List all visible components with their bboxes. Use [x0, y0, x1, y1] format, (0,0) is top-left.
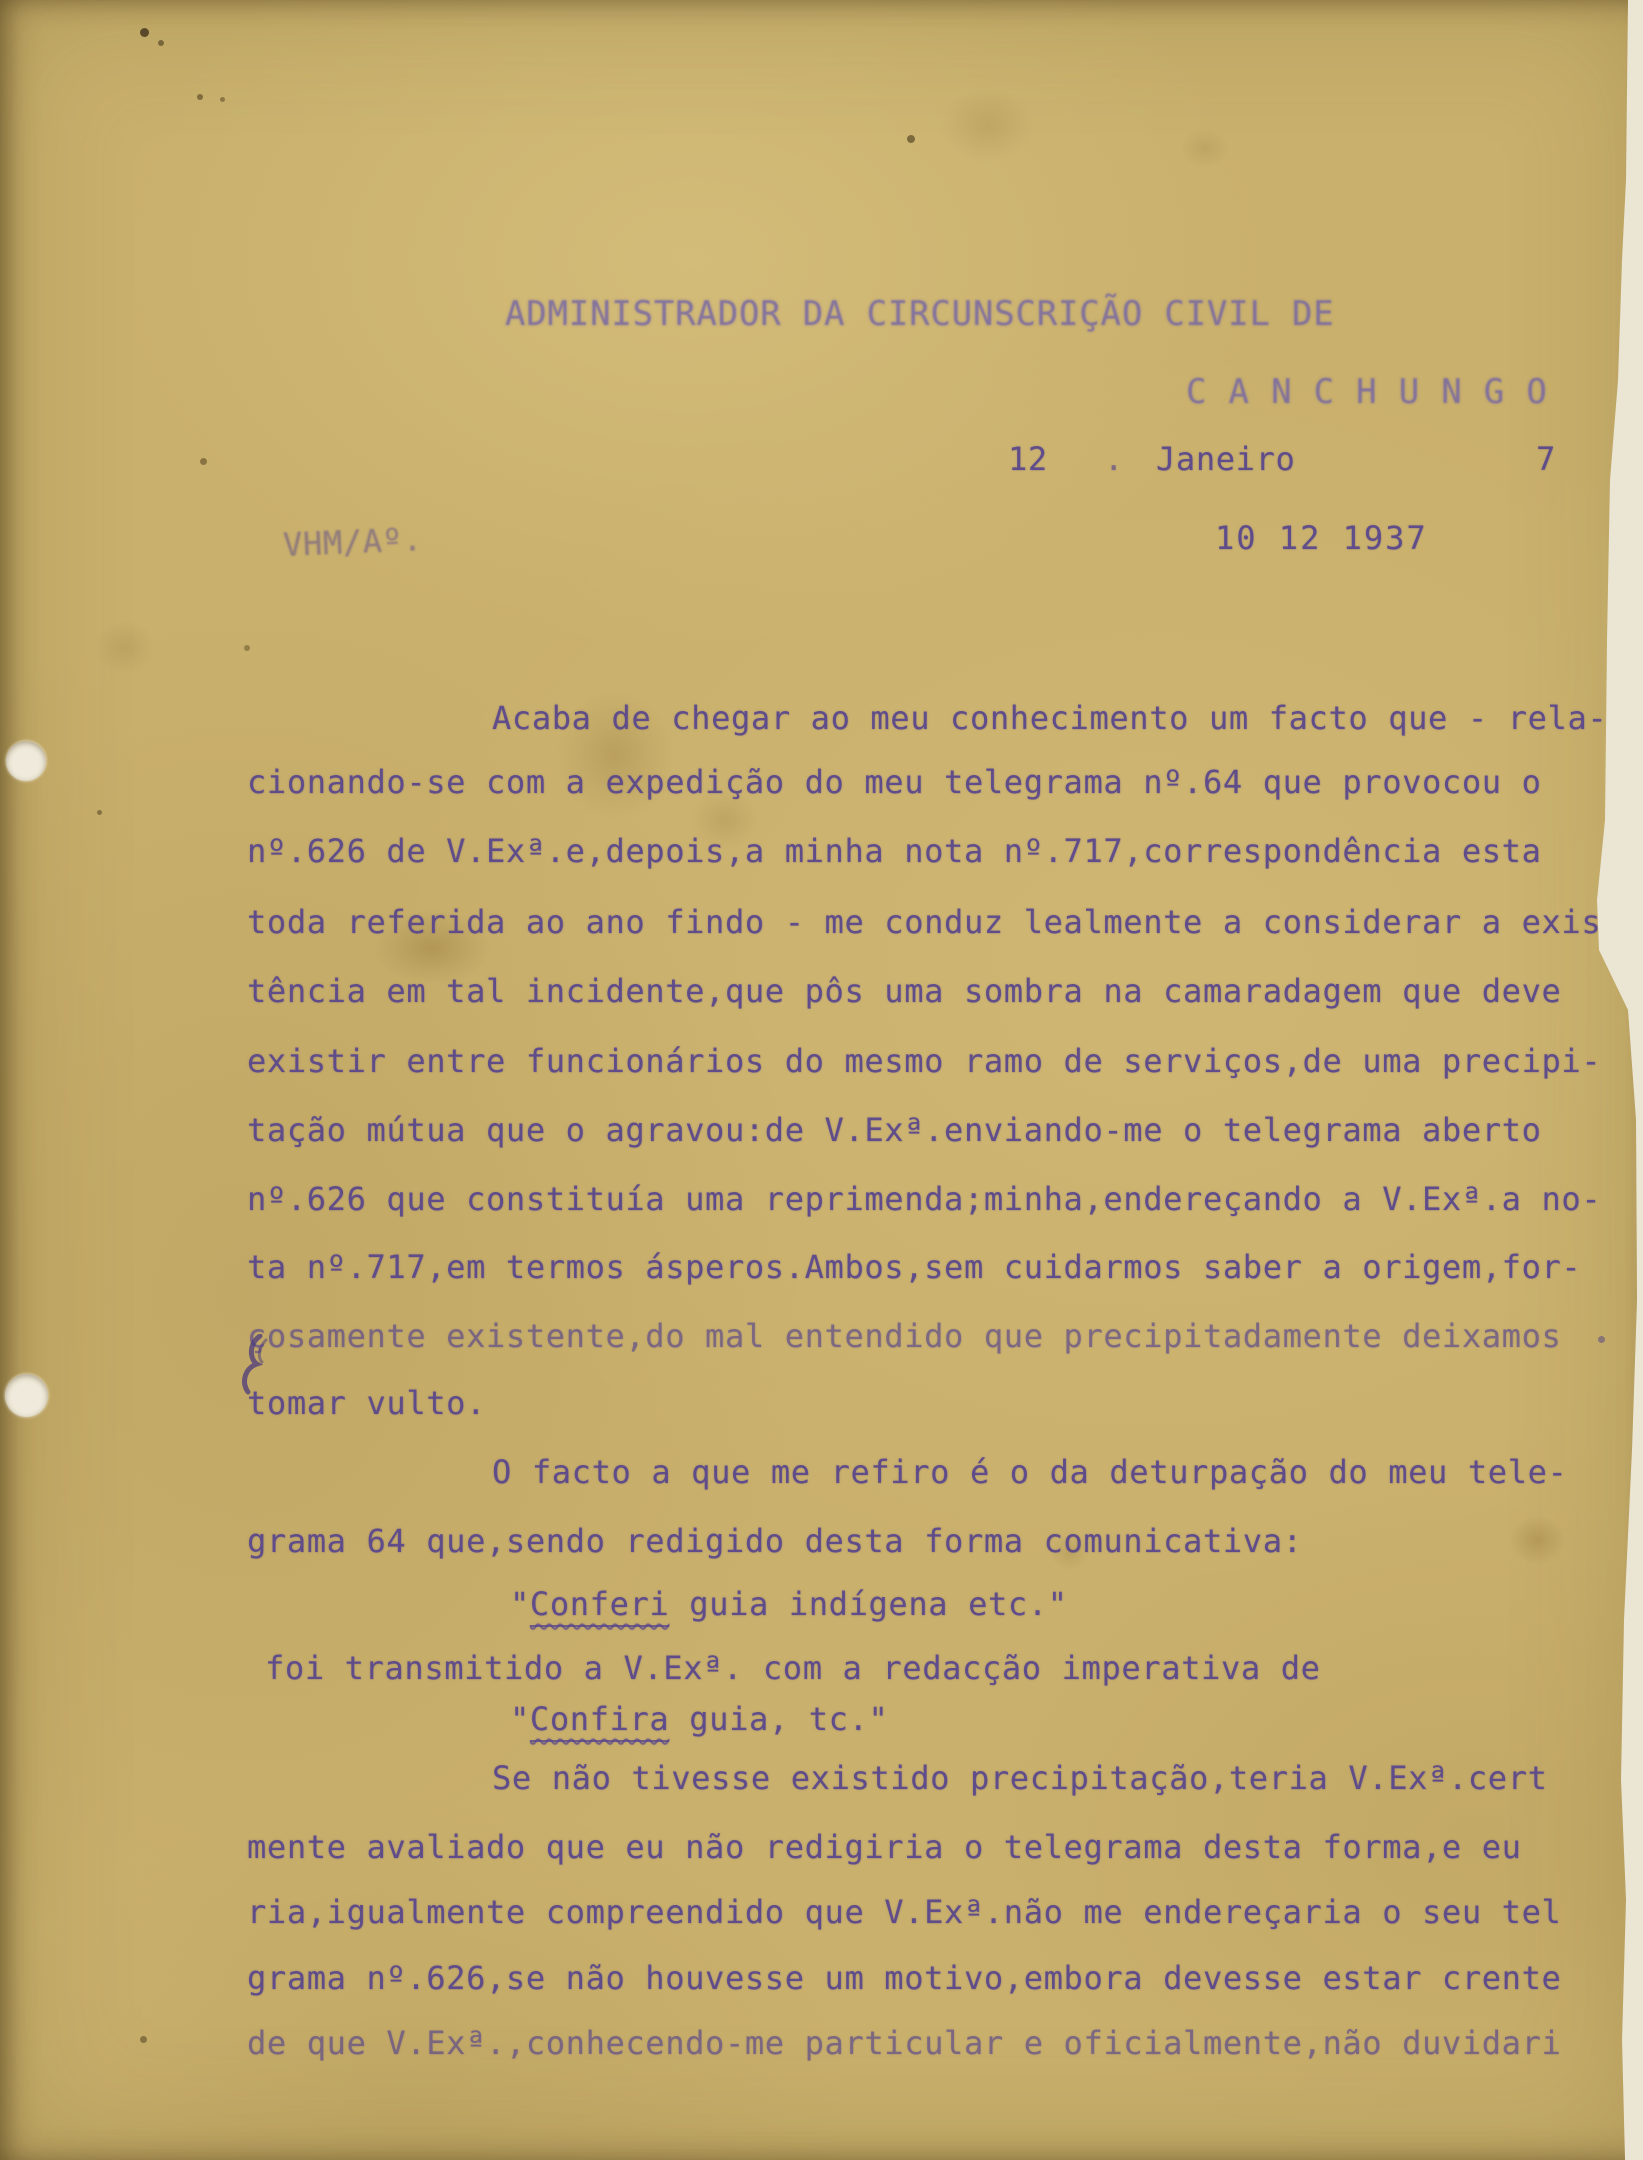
ink-speck	[97, 810, 102, 815]
punch-hole	[6, 741, 46, 781]
underlined-word: Conferi	[530, 1585, 669, 1627]
stain	[1510, 1515, 1565, 1565]
typed-line: foi transmitido a V.Exª. com a redacção …	[265, 1650, 1321, 1686]
date-separator-dot: .	[1104, 441, 1124, 477]
typed-line: de que V.Exª.,conhecendo-me particular e…	[247, 2025, 1561, 2061]
typed-line: grama nº.626,se não houvesse um motivo,e…	[247, 1960, 1561, 1996]
typed-line: tência em tal incidente,que pôs uma somb…	[247, 973, 1561, 1009]
typed-line: existir entre funcionários do mesmo ramo…	[247, 1043, 1601, 1079]
typed-line: nº.626 que constituía uma reprimenda;min…	[247, 1181, 1601, 1217]
date-month: Janeiro	[1156, 441, 1295, 477]
stamp-date: 10 12 1937	[1215, 520, 1428, 556]
typed-line: ta nº.717,em termos ásperos.Ambos,sem cu…	[247, 1249, 1581, 1285]
typed-line: "Confira guia, tc."	[510, 1701, 888, 1737]
typed-line: "Conferi guia indígena etc."	[510, 1586, 1068, 1622]
typed-line: toda referida ao ano findo - me conduz l…	[247, 904, 1601, 940]
recipient-stamp-line2: C A N C H U N G O	[1186, 374, 1548, 410]
typed-line: Acaba de chegar ao meu conhecimento um f…	[492, 700, 1607, 736]
reference-code: VHM/Aº.	[282, 521, 423, 563]
underlined-word: Confira	[530, 1700, 669, 1742]
ink-speck	[200, 458, 207, 465]
typed-line: tação mútua que o agravou:de V.Exª.envia…	[247, 1112, 1542, 1148]
ink-speck	[140, 2036, 147, 2043]
recipient-stamp-line1: ADMINISTRADOR DA CIRCUNSCRIÇÃO CIVIL DE	[505, 296, 1335, 332]
typed-line: cionando-se com a expedição do meu teleg…	[247, 764, 1542, 800]
ink-blot	[236, 1334, 276, 1396]
ink-speck	[158, 40, 164, 46]
stain	[940, 88, 1035, 163]
date-number: 7	[1536, 441, 1556, 477]
punch-hole	[5, 1374, 48, 1417]
ink-speck	[220, 97, 225, 102]
typed-line: tomar vulto.	[247, 1385, 486, 1421]
ink-speck	[244, 645, 250, 651]
ink-speck	[1598, 1336, 1605, 1343]
stain	[1180, 128, 1230, 168]
stain	[95, 620, 155, 675]
typed-line: ria,igualmente compreendido que V.Exª.nã…	[247, 1894, 1561, 1930]
typed-line: mente avaliado que eu não redigiria o te…	[247, 1829, 1522, 1865]
typed-line: grama 64 que,sendo redigido desta forma …	[247, 1523, 1303, 1559]
typed-line: nº.626 de V.Exª.e,depois,a minha nota nº…	[247, 833, 1542, 869]
typed-line: Se não tivesse existido precipitação,ter…	[492, 1760, 1548, 1796]
typed-line: O facto a que me refiro é o da deturpaçã…	[492, 1454, 1567, 1490]
ink-speck	[907, 135, 915, 143]
ink-speck	[197, 94, 203, 100]
ink-speck	[140, 28, 149, 37]
typed-line: çosamente existente,do mal entendido que…	[247, 1318, 1561, 1354]
date-day: 12	[1008, 441, 1048, 477]
document-page: ADMINISTRADOR DA CIRCUNSCRIÇÃO CIVIL DE …	[0, 0, 1643, 2160]
